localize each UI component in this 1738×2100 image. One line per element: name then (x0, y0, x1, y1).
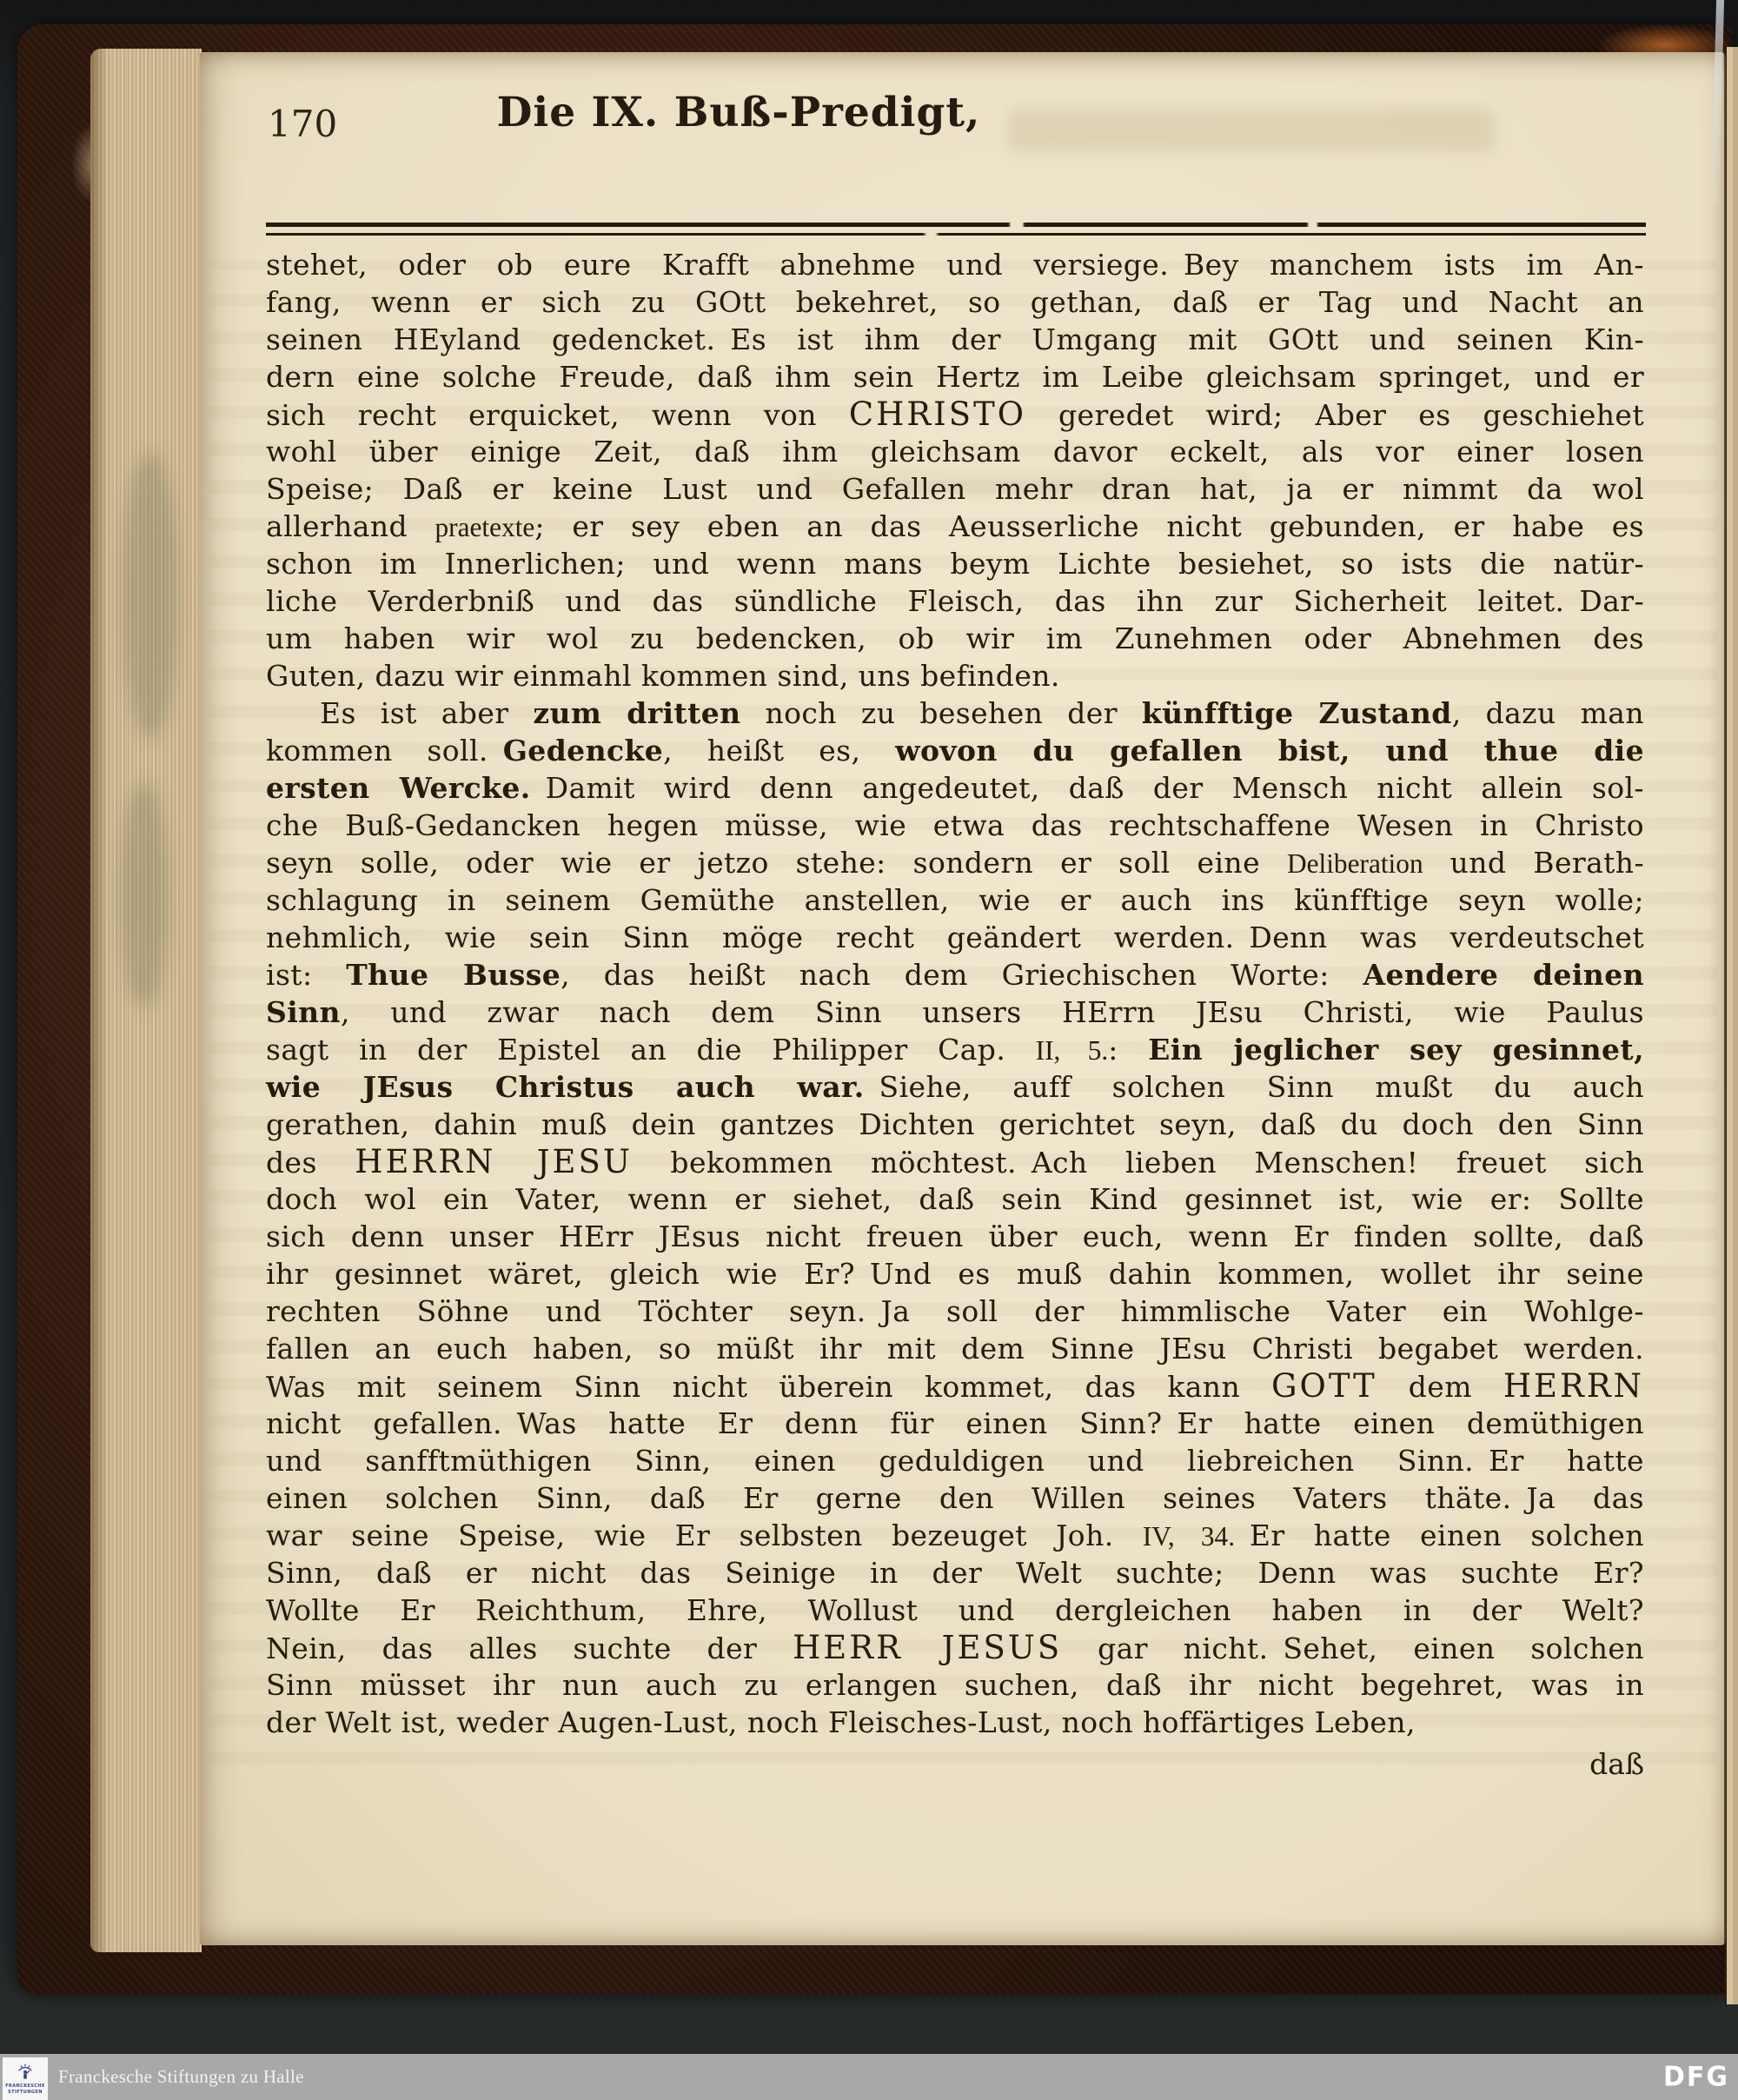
text-line: Wollte Er Reichthum, Ehre, Wollust und d… (266, 1592, 1644, 1629)
text-line: war seine Speise, wie Er selbsten bezeug… (266, 1517, 1644, 1554)
text-line: und sanfftmüthigen Sinn, einen geduldige… (266, 1442, 1644, 1479)
text-line: einen solchen Sinn, daß Er gerne den Wil… (266, 1479, 1644, 1517)
text-line: liche Verderbniß und das sündliche Fleis… (266, 582, 1644, 620)
text-line: rechten Söhne und Töchter seyn. Ja soll … (266, 1293, 1644, 1330)
text-line: Sinn, und zwar nach dem Sinn unsers HErr… (266, 994, 1644, 1031)
text-line: che Buß-Gedancken hegen müsse, wie etwa … (266, 807, 1644, 844)
franckesche-logo-text-2: STIFTUNGEN (8, 2090, 43, 2095)
header-rule-bottom (266, 233, 1646, 236)
text-line: des HERRN JESU bekommen möchtest. Ach li… (266, 1143, 1644, 1180)
show-through-smudge (1008, 110, 1495, 151)
text-line: fallen an euch haben, so müßt ihr mit de… (266, 1330, 1644, 1367)
text-line: wohl über einige Zeit, daß ihm gleichsam… (266, 433, 1644, 470)
text-line: der Welt ist, weder Augen-Lust, noch Fle… (266, 1704, 1644, 1741)
text-line: ist: Thue Busse, das heißt nach dem Grie… (266, 956, 1644, 994)
text-line: kommen soll. Gedencke, heißt es, wovon d… (266, 732, 1644, 769)
text-line: stehet, oder ob eure Krafft abnehme und … (266, 246, 1644, 283)
franckesche-logo: FRANCKESCHE STIFTUNGEN (3, 2057, 48, 2100)
text-line: Sinn, daß er nicht das Seinige in der We… (266, 1554, 1644, 1592)
text-block: stehet, oder ob eure Krafft abnehme und … (266, 246, 1644, 1741)
header-rule-top (266, 223, 1646, 227)
scanned-book-photo: 170 Die IX. Buß-Predigt, stehet, oder ob… (0, 0, 1738, 2100)
dfg-logo: DFG (1663, 2053, 1729, 2100)
text-line: nicht gefallen. Was hatte Er denn für ei… (266, 1405, 1644, 1442)
page-right-fold-edge (1724, 47, 1738, 2004)
text-line: Speise; Daß er keine Lust und Gefallen m… (266, 470, 1644, 508)
text-line: seinen HEyland gedencket. Es ist ihm der… (266, 321, 1644, 358)
page-edge-stain (120, 782, 169, 1008)
text-line: dern eine solche Freude, daß ihm sein He… (266, 358, 1644, 395)
text-line: wie JEsus Christus auch war. Siehe, auff… (266, 1068, 1644, 1106)
page-number: 170 (268, 103, 337, 145)
franckesche-emblem-icon (17, 2063, 34, 2083)
text-line: allerhand praetexte; er sey eben an das … (266, 508, 1644, 545)
text-line: seyn solle, oder wie er jetzo stehe: son… (266, 844, 1644, 881)
text-line: Guten, dazu wir einmahl kommen sind, uns… (266, 657, 1644, 694)
catchword-line: daß (266, 1747, 1644, 1781)
text-line: Was mit seinem Sinn nicht überein kommet… (266, 1367, 1644, 1405)
page-edge-stain (122, 452, 179, 739)
text-line: Sinn müsset ihr nun auch zu erlangen suc… (266, 1666, 1644, 1704)
text-line: fang, wenn er sich zu GOtt bekehret, so … (266, 283, 1644, 321)
franckesche-logo-text-1: FRANCKESCHE (5, 2083, 45, 2089)
text-line: um haben wir wol zu bedencken, ob wir im… (266, 620, 1644, 657)
text-line: sich denn unser HErr JEsus nicht freuen … (266, 1218, 1644, 1255)
catchword: daß (1589, 1747, 1644, 1781)
institution-label: Franckesche Stiftungen zu Halle (58, 2054, 304, 2100)
text-line: ersten Wercke. Damit wird denn angedeute… (266, 769, 1644, 807)
text-line: sagt in der Epistel an die Philipper Cap… (266, 1031, 1644, 1068)
text-line: schon im Innerlichen; und wenn mans beym… (266, 545, 1644, 582)
text-line: ihr gesinnet wäret, gleich wie Er? Und e… (266, 1255, 1644, 1293)
running-header: Die IX. Buß-Predigt, (443, 89, 1034, 136)
text-line: Es ist aber zum dritten noch zu besehen … (266, 694, 1644, 732)
text-line: nehmlich, wie sein Sinn möge recht geänd… (266, 919, 1644, 956)
text-line: Nein, das alles suchte der HERR JESUS ga… (266, 1629, 1644, 1666)
text-line: doch wol ein Vater, wenn er siehet, daß … (266, 1180, 1644, 1218)
text-line: sich recht erquicket, wenn von CHRISTO g… (266, 395, 1644, 433)
text-line: schlagung in seinem Gemüthe anstellen, w… (266, 881, 1644, 919)
text-line: gerathen, dahin muß dein gantzes Dichten… (266, 1106, 1644, 1143)
